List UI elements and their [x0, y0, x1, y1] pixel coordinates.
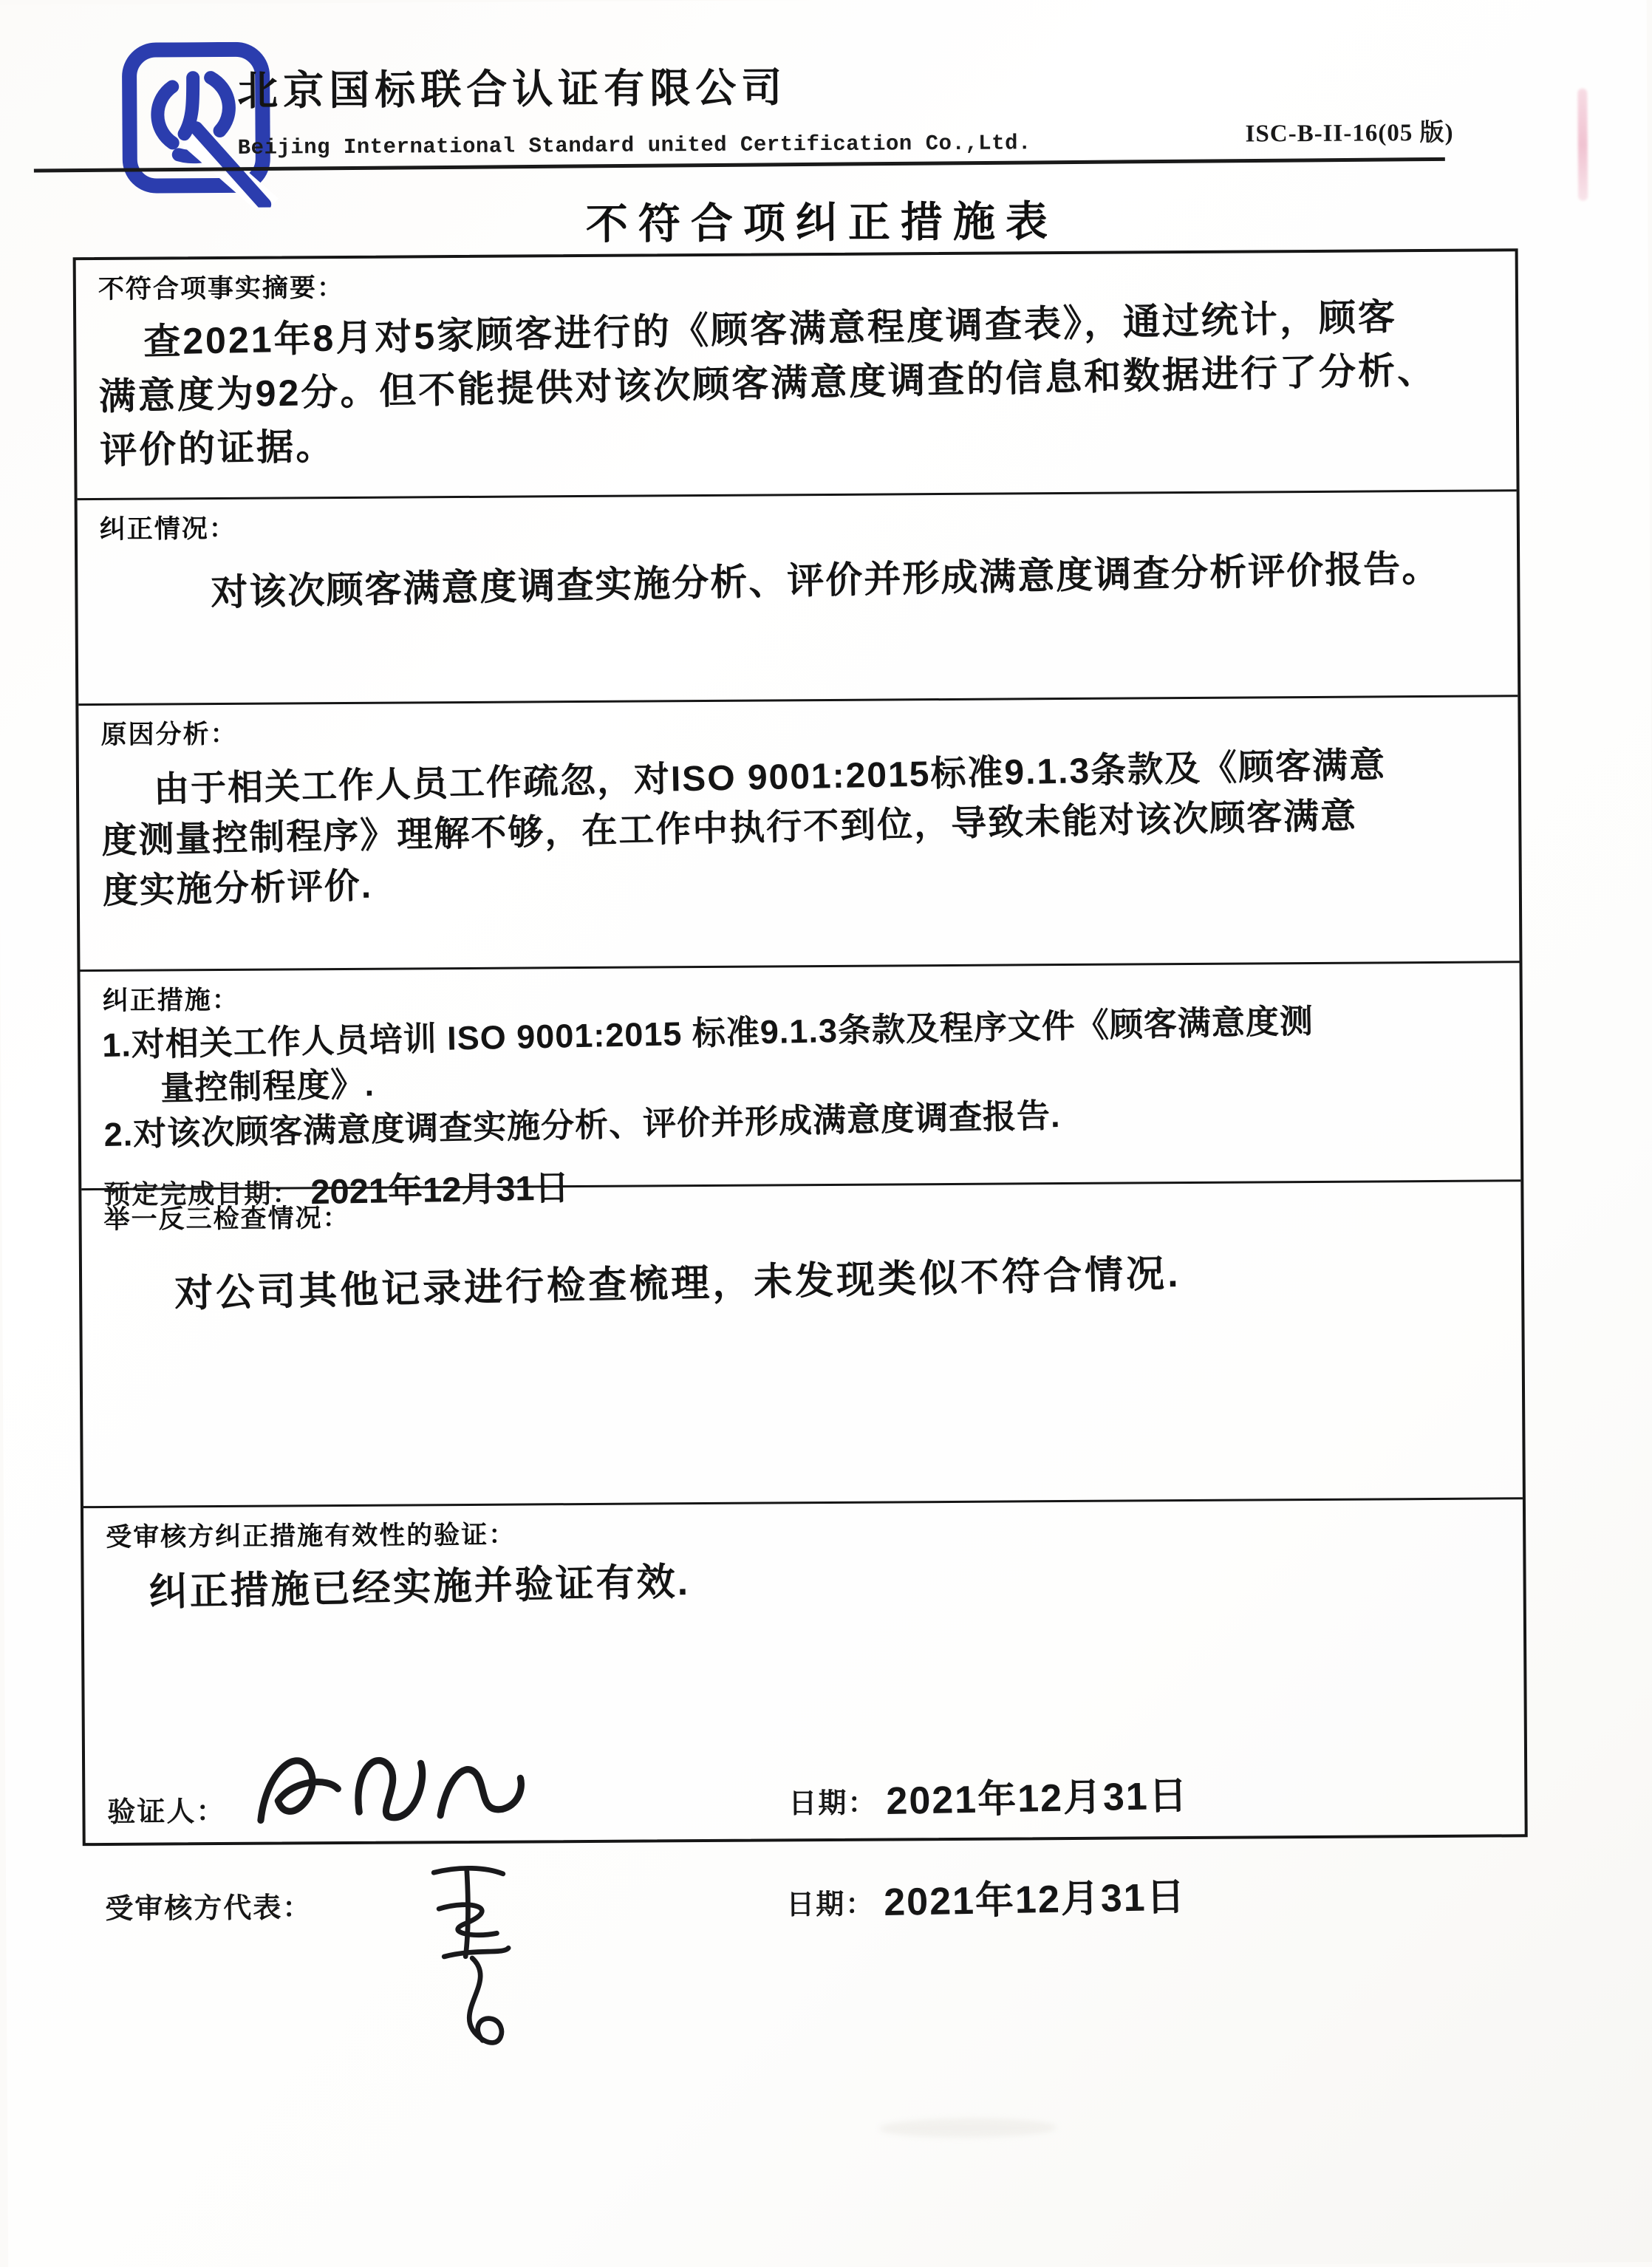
scan-artifact-smudge: [879, 2118, 1057, 2138]
auditee-date: 日期： 2021年12月31日: [786, 1867, 1187, 1925]
company-name-block: 北京国标联合认证有限公司 Beijing International Stand…: [237, 53, 1031, 160]
section-extended-check-handwriting: 对公司其他记录进行检查梳理，未发现类似不符合情况.: [174, 1235, 1499, 1317]
section-verification: 受审核方纠正措施有效性的验证： 纠正措施已经实施并验证有效. 验证人： 日期： …: [83, 1497, 1525, 1843]
company-name-cn: 北京国标联合认证有限公司: [237, 53, 1031, 117]
section-cause-analysis: 原因分析： 由于相关工作人员工作疏忽，对ISO 9001:2015标准9.1.3…: [78, 695, 1519, 969]
document-page: 北京国标联合认证有限公司 Beijing International Stand…: [0, 0, 1652, 2267]
form-code: ISC-B-II-16(05 版): [1245, 113, 1453, 149]
auditee-label: 受审核方代表：: [105, 1884, 312, 1926]
section-correction-handwriting: 对该次顾客满意度调查实施分析、评价并形成满意度调查分析评价报告。: [211, 537, 1495, 616]
section-summary-handwriting: 查2021年8月对5家顾客进行的《顾客满意程度调查表》，通过统计，顾客 满意度为…: [98, 288, 1495, 478]
handwritten-line: 对该次顾客满意度调查实施分析、评价并形成满意度调查分析评价报告。: [211, 537, 1495, 616]
section-corrective-actions: 纠正措施： 1.对相关工作人员培训 ISO 9001:2015 标准9.1.3条…: [81, 961, 1521, 1188]
section-extended-check: 举一反三检查情况： 对公司其他记录进行检查梳理，未发现类似不符合情况.: [81, 1179, 1523, 1506]
section-extended-check-label: 举一反三检查情况：: [103, 1190, 1498, 1236]
verifier-row: 验证人： 日期： 2021年12月31日: [85, 1735, 1525, 1840]
auditee-date-label: 日期：: [786, 1881, 875, 1923]
verifier-date-value: 2021年12月31日: [886, 1765, 1189, 1825]
form-table: 不符合项事实摘要： 查2021年8月对5家顾客进行的《顾客满意程度调查表》，通过…: [73, 248, 1528, 1846]
section-correction: 纠正情况： 对该次顾客满意度调查实施分析、评价并形成满意度调查分析评价报告。: [78, 489, 1518, 703]
section-corrective-actions-handwriting: 1.对相关工作人员培训 ISO 9001:2015 标准9.1.3条款及程序文件…: [102, 995, 1499, 1157]
section-summary: 不符合项事实摘要： 查2021年8月对5家顾客进行的《顾客满意程度调查表》，通过…: [76, 251, 1517, 498]
verifier-signature: [229, 1722, 547, 1850]
auditee-signature: [358, 1850, 581, 2066]
page-title: 不符合项纠正措施表: [0, 184, 1648, 255]
auditee-date-value: 2021年12月31日: [884, 1866, 1187, 1926]
auditee-row: 受审核方代表： 日期： 2021年12月31日: [83, 1864, 1523, 2065]
section-cause-analysis-handwriting: 由于相关工作人员工作疏忽，对ISO 9001:2015标准9.1.3条款及《顾客…: [100, 738, 1498, 917]
company-name-en: Beijing International Standard united Ce…: [238, 131, 1031, 160]
section-correction-label: 纠正情况：: [100, 500, 1495, 546]
verifier-date: 日期： 2021年12月31日: [788, 1766, 1189, 1824]
handwritten-line: 对公司其他记录进行检查梳理，未发现类似不符合情况.: [174, 1235, 1499, 1317]
verifier-label: 验证人：: [107, 1788, 225, 1830]
scan-artifact-streak: [1577, 89, 1588, 201]
verifier-date-label: 日期：: [788, 1780, 877, 1821]
